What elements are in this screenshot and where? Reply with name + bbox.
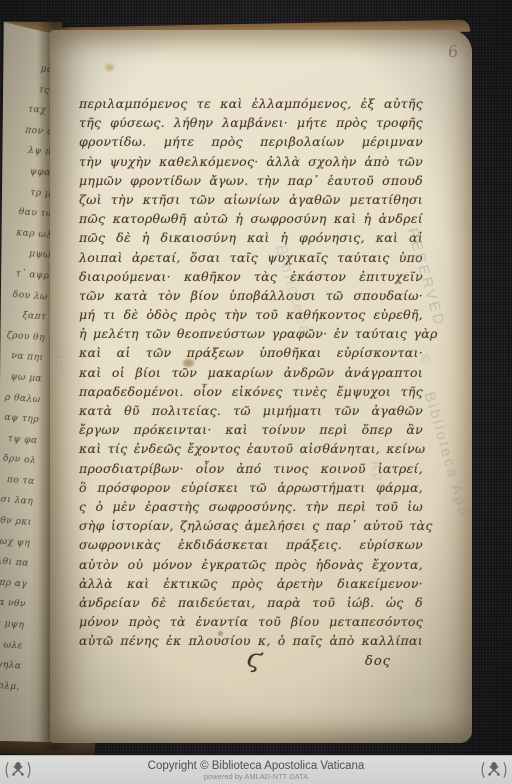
folio-number: 6: [446, 41, 459, 61]
footer-text: Copyright © Biblioteca Apostolica Vatica…: [36, 760, 476, 781]
manuscript-page: 6 περιλαμπόμενος τε καὶ ἐλλαμπόμενος, ἐξ…: [50, 30, 472, 743]
manuscript-line: μημῶν φροντίδων ἄγων. τὴν παρ᾽ ἑαυτοῦ σπ…: [79, 173, 423, 192]
manuscript-line: λοιπαὶ ἀρεταί, ὅσαι ταῖς ψυχικαῖς ταύται…: [79, 250, 423, 269]
manuscript-photo-stage: μῶν, τςεψ ταχ θρ πον αλ λψ πα ψφαν τρ μι…: [0, 0, 512, 784]
copyright-bar: Copyright © Biblioteca Apostolica Vatica…: [0, 755, 512, 784]
manuscript-line: ὃ πρόσφορον εὑρίσκει τῶ ἀρρωστήματι φάρμ…: [79, 480, 423, 499]
manuscript-final-line: ϛδος: [79, 652, 423, 678]
manuscript-line: προσδιατρίβων· οἷον ἀπό τινος κοινοῦ ἰατ…: [79, 461, 423, 480]
manuscript-line: μή τι δὲ ὁδὸς πρὸς τὴν τοῦ καθήκοντος εὑ…: [79, 307, 423, 326]
manuscript-line: καὶ αἱ τῶν πράξεων ὑποθῆκαι εὑρίσκονται·: [79, 345, 423, 364]
manuscript-last-word: δος: [365, 654, 391, 669]
manuscript-line: κατὰ θῦ πολιτείας. τῶ μιμήματι τῶν ἀγαθῶ…: [79, 403, 423, 422]
manuscript-line: σωφρονικὰς ἐκδιδάσκεται πράξεις. εὑρίσκω…: [79, 537, 423, 556]
manuscript-line: παραδεδομένοι. οἷον εἰκόνες τινὲς ἔμψυχο…: [79, 384, 423, 403]
vatican-library-emblem-icon: [479, 759, 509, 781]
manuscript-line: πῶς δὲ ἡ δικαιοσύνη καὶ ἡ φρόνησις, καὶ …: [79, 230, 423, 249]
manuscript-line: πῶς κατορθωθῆ αὐτῶ ἡ σωφροσύνη καὶ ἡ ἀνδ…: [79, 211, 423, 230]
manuscript-line: διαιρούμεναι· καθῆκον τὰς ἑκάστον ἐπιτυχ…: [79, 269, 423, 288]
manuscript-line: τῆς φύσεως. λήθην λαμβάνει· μήτε πρὸς τρ…: [79, 115, 423, 134]
parchment-stain: [105, 64, 114, 71]
powered-by-text: powered by AMLAD·NTT DATA: [36, 773, 476, 781]
manuscript-line: σὴφ ἱστορίαν, ζηλώσας ἀμελήσει ς παρ᾽ αὐ…: [79, 518, 423, 537]
manuscript-line: τῶν κατὰ τὸν βίον ὑποβάλλουσι τῶ σπουδαί…: [79, 288, 423, 307]
copyright-text: Copyright © Biblioteca Apostolica Vatica…: [36, 760, 476, 772]
manuscript-line: καὶ οἱ βίοι τῶν μακαρίων ἀνδρῶν ἀνάγραπτ…: [79, 365, 423, 384]
manuscript-line: περιλαμπόμενος τε καὶ ἐλλαμπόμενος, ἐξ α…: [79, 96, 423, 115]
manuscript-line: ἡ μελέτη τῶν θεοπνεύστων γραφῶν· ἐν ταύτ…: [79, 326, 423, 345]
manuscript-line: ἀλλὰ καὶ ἑκτικῶς πρὸς ἀρετὴν διακείμενον…: [79, 576, 423, 595]
manuscript-line: καὶ τίς ἐνδεῶς ἔχοντος ἑαυτοῦ αἰσθάνηται…: [79, 441, 423, 460]
manuscript-line: αὐτὸν οὐ μόνον ἐγκρατῶς πρὸς ἡδονὰς ἔχον…: [79, 557, 423, 576]
manuscript-line: ς ὁ μὲν ἐραστὴς σωφροσύνης. τὴν περὶ τοῦ…: [79, 499, 423, 518]
manuscript-text-block: περιλαμπόμενος τε καὶ ἐλλαμπόμενος, ἐξ α…: [79, 96, 423, 678]
manuscript-line: ἀνδρείαν δὲ παιδεύεται, παρὰ τοῦ ἰώβ. ὡς…: [79, 595, 423, 614]
manuscript-line: μόνον πρὸς τὰ ἐναντία τοῦ βίου μεταπεσόν…: [79, 614, 423, 633]
manuscript-line: ζωὶ τὴν κτῆσι τῶν αἰωνίων ἀγαθῶν μετατίθ…: [79, 192, 423, 211]
manuscript-line: ἔργων πρόκεινται· καὶ τοίνυν περὶ ὅπερ ἂ…: [79, 422, 423, 441]
vatican-library-emblem-icon: [3, 759, 33, 781]
manuscript-line: τὴν ψυχὴν καθελκόμενος· ἀλλὰ σχολὴν ἀπὸ …: [79, 154, 423, 173]
manuscript-line: φροντίδω. μήτε πρὸς περιβολαίων μέριμναν: [79, 134, 423, 153]
